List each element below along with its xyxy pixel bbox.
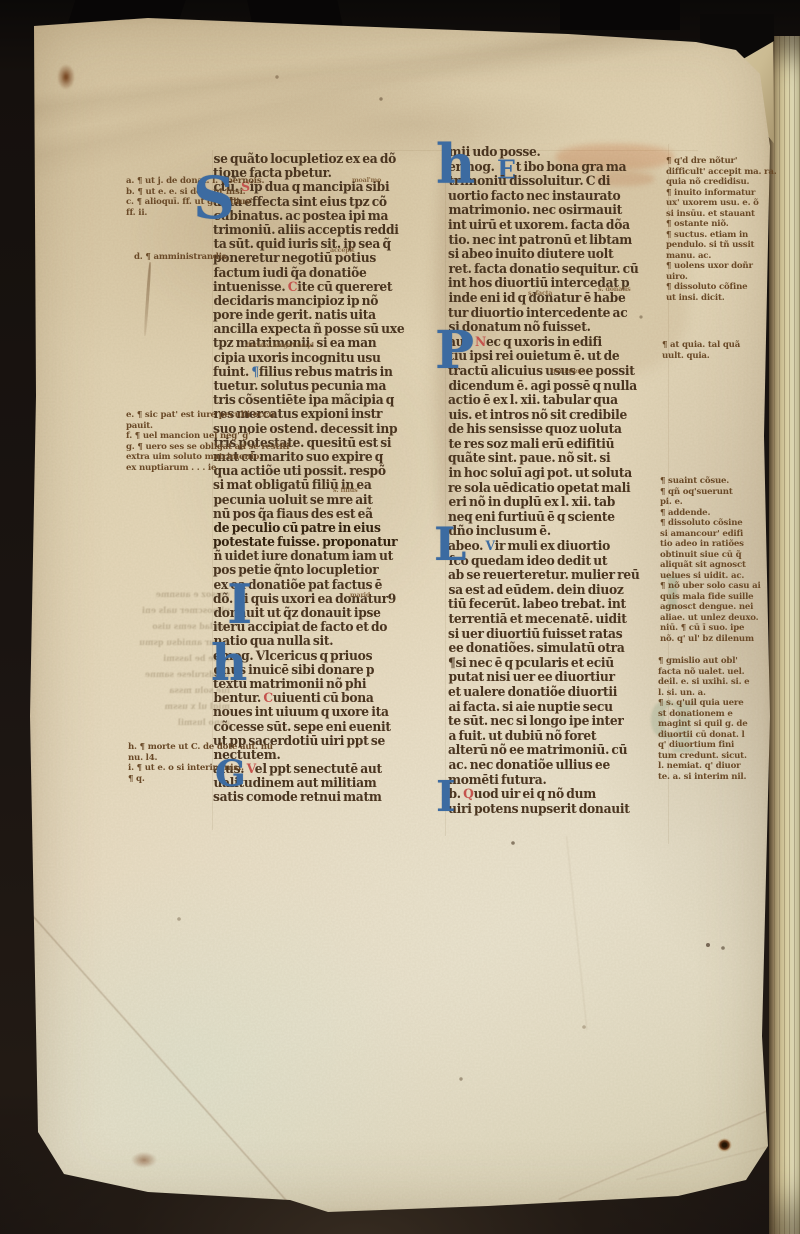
illuminated-initial-h: h <box>211 640 247 685</box>
page-content: umsoz e ausnmeul noscmer uals enium lad … <box>0 0 800 1234</box>
illuminated-initial-S: S <box>193 172 235 224</box>
illuminated-initial-P: P <box>435 328 474 375</box>
text-segment: noues int uiuum q uxore ita <box>213 704 389 719</box>
margin-note-line: aliae. ut unlez deuxo. <box>660 613 761 624</box>
margin-note-line: ex nuptiarum . . . ie <box>126 463 289 474</box>
margin-note-line: ¶ addende. <box>660 508 761 519</box>
colored-letter: de peculio cū patre in eius <box>214 520 381 535</box>
margin-note-line: obtinuit siue cū q̃ <box>660 550 761 561</box>
text-segment: momēti futura. <box>448 771 546 786</box>
margin-note-line: ¶ gmislio aut obl' <box>658 656 749 667</box>
margin-note-line: e. ¶ sic pat' est iure peculii occu <box>126 410 289 421</box>
text-line: et ualere donatiõe diuortii <box>448 685 674 700</box>
margin-note-line: d. ¶ amministrandis. <box>134 252 229 263</box>
interlinear-gloss: s. facta <box>528 289 552 297</box>
text-segment: factum iudi q̃a donatiõe <box>214 264 367 279</box>
margin-note-line: l. si. un. a. <box>658 688 749 699</box>
text-segment: ite cū quereret <box>297 278 392 293</box>
text-segment: t ibo bona gra ma <box>516 158 627 173</box>
colored-letter: Q <box>463 786 473 801</box>
left-margin-note-d: d. ¶ amministrandis. <box>134 252 229 263</box>
pen-flourish <box>143 262 151 336</box>
text-segment: ret. facta donatio sequitur. cū <box>449 261 639 276</box>
text-segment: i quis uxori ea donatur9 <box>244 591 396 606</box>
text-line: te sūt. nec si longo ipe inter <box>448 714 674 729</box>
margin-note-line: ut insi. dicit. <box>666 293 777 304</box>
colored-letter: N <box>475 333 486 348</box>
text-segment: ac. nec donatiõe ullius ee <box>449 757 610 772</box>
photograph-background: umsoz e ausnmeul noscmer uals enium lad … <box>0 0 800 1234</box>
illuminated-initial-I: I <box>227 580 252 629</box>
text-segment: ¶si nec ē q pcularis et eciū <box>448 655 614 670</box>
text-line: si mat obligatū filiū in ea <box>213 478 449 493</box>
text-segment: putat nisi uer ee diuortiur <box>449 669 615 684</box>
text-segment: intuenisse. <box>213 278 288 293</box>
margin-note-line: ¶ at quia. tal quã <box>662 340 740 351</box>
margin-note-line: uult. quia. <box>662 351 740 362</box>
text-line: inde eni id q donatur ē habe <box>449 291 675 306</box>
margin-note-line: si insūu. et stauant <box>666 209 777 220</box>
text-line: ee donatiões. simulatū otra <box>449 641 675 656</box>
illuminated-initial-h: h <box>436 140 475 189</box>
interlinear-gloss: moal'mo <box>352 176 381 184</box>
text-segment: cõcesse sūt. sepe eni euenit <box>214 718 391 733</box>
text-segment: int uirū et uxorem. facta dõa <box>448 217 630 232</box>
text-segment: uis. et intros nõ sit credibile <box>449 406 628 421</box>
margin-note-line: difficult' accepit ma. ra. <box>666 167 777 178</box>
text-line: actio ē ex l. xii. tabular qua <box>448 393 674 408</box>
text-segment: ab se reuerteretur. mulier reū <box>448 567 639 582</box>
text-segment: terrentiā et mecenatē. uidit <box>449 611 627 626</box>
text-line: pecunia uoluit se mre ait <box>214 492 450 507</box>
text-segment: fco quedam ideo dedit ut <box>449 552 608 567</box>
text-segment: actio ē ex l. xii. tabular qua <box>448 392 618 407</box>
text-line: ac. nec donatiõe ullius ee <box>449 758 675 773</box>
margin-note-line: q' diuortium fini <box>658 740 749 751</box>
text-line: satis comode retnui matm <box>213 790 449 805</box>
text-segment: te sūt. nec si longo ipe inter <box>448 713 624 728</box>
colored-letter: C <box>288 278 298 293</box>
text-segment: cipia uxoris incognitu usu <box>214 349 381 364</box>
text-segment: uod uir ei q nõ dum <box>474 786 596 801</box>
text-line: b. Quod uir ei q nõ dum <box>449 787 675 802</box>
margin-note-line: ¶ q'd dre nõtur' <box>666 156 777 167</box>
text-line: trimoniū dissoluitur. C di <box>449 174 675 189</box>
margin-note-line: ¶ ostante niõ. <box>666 219 777 230</box>
margin-note-line: nu. l4. <box>128 753 273 764</box>
text-segment: quãte sint. paue. nõ sit. si <box>448 450 610 465</box>
margin-note-line: pauit. <box>126 421 289 432</box>
text-segment: fuint. <box>213 364 251 379</box>
interlinear-gloss: s. donatis <box>598 285 631 293</box>
text-segment: ee donatiões. simulatū otra <box>449 640 625 655</box>
text-segment: tiū fecerūt. labeo trebat. int <box>448 596 626 611</box>
margin-note-line: aliquãt sit agnosct <box>660 560 761 571</box>
text-line: natio qua nulla sit. <box>214 634 450 649</box>
text-line: abeo. Vir muli ex diuortio <box>448 539 674 554</box>
interlinear-gloss: accepit <box>330 246 354 254</box>
text-line: cõcesse sūt. sepe eni euenit <box>214 719 450 734</box>
text-segment: neq eni furtiuū ē q sciente <box>448 509 615 524</box>
text-line: uiri potens nupserit donauit <box>448 801 674 816</box>
text-segment: alterū nõ ee matrimoniū. cū <box>448 742 627 757</box>
margin-note-line: deil. e. si uxihi. si. e <box>658 677 749 688</box>
text-segment: decidaris mancipioz ip nõ <box>214 293 379 308</box>
margin-note-line: ¶ dissoluto cõfine <box>666 282 777 293</box>
text-segment: in hoc soluī agi pot. ut soluta <box>449 465 632 480</box>
margin-note-line: st donationem e <box>658 709 749 720</box>
interlinear-gloss: decidat aiuguf neqd <box>246 341 314 349</box>
right-margin-notes-top: ¶ q'd dre nõtur'difficult' accepit ma. r… <box>666 156 777 303</box>
text-segment: tractū alicuius usus ee possit <box>448 363 635 378</box>
margin-note-line: facta nõ ualet. uel. <box>658 667 749 678</box>
margin-note-line: ¶ nõ uber solo casu ai <box>660 581 761 592</box>
margin-note-line: magint si quil g. de <box>658 719 749 730</box>
margin-note-line: tio adeo in ratiões <box>660 539 761 550</box>
margin-note-line: ¶ q. <box>128 774 273 785</box>
margin-note-line: f. ¶ uel mancion uel neg' g' <box>126 431 289 442</box>
illuminated-initial-I: I <box>436 778 456 816</box>
margin-note-line: uiro. <box>666 272 777 283</box>
right-margin-notes-lower-middle: ¶ suaint cõsue.¶ qñ oq'sueruntpi. e.¶ ad… <box>660 476 761 644</box>
text-line: si abeo inuito diutere uolt <box>448 247 674 262</box>
margin-note-line: te. a. si interim nil. <box>658 772 749 783</box>
margin-note-line: ¶ dissoluto cõsine <box>660 518 761 529</box>
left-margin-notes-middle: e. ¶ sic pat' est iure peculii occupauit… <box>126 410 289 473</box>
margin-note-line: agnosct dengue. nei <box>660 602 761 613</box>
text-segment: si uer diuortiū fuisset ratas <box>448 625 622 640</box>
text-line: noues int uiuum q uxore ita <box>213 705 449 720</box>
text-line: int uirū et uxorem. facta dõa <box>448 218 674 233</box>
text-segment: a fuit. ut dubiū nõ foret <box>449 728 597 743</box>
margin-note-line: i. ¶ ut e. o si interim nisl. <box>128 763 273 774</box>
margin-note-line: pi. e. <box>660 497 761 508</box>
margin-note-line: ¶ uolens uxor doñr <box>666 261 777 272</box>
text-segment: tio. nec int patronū et libtam <box>449 231 632 246</box>
text-segment: ir muli ex diuortio <box>495 538 610 553</box>
text-line: factum iudi q̃a donatiõe <box>214 265 450 280</box>
margin-note-line: ¶ s. q'uil quia uere <box>658 698 749 709</box>
right-margin-notes-upper-middle: ¶ at quia. tal quãuult. quia. <box>662 340 740 361</box>
left-margin-notes-bottom: h. ¶ morte ut C. de dote aut. nunu. l4.i… <box>128 742 273 784</box>
margin-note-line: quis mala fide suille <box>660 592 761 603</box>
colored-letter: ¶ <box>251 364 259 379</box>
margin-note-line: ¶ qñ oq'suerunt <box>660 487 761 498</box>
text-segment: re sola uēdicatio opetat mali <box>448 479 630 494</box>
margin-note-line: l. nemiat. q' diuor <box>658 761 749 772</box>
margin-note-line: ¶ suctus. etiam in <box>666 230 777 241</box>
text-segment: matrimonio. nec osirmauit <box>449 202 623 217</box>
margin-note-line: ¶ inuito informatur <box>666 188 777 199</box>
text-line: si donatum nõ fuisset. <box>449 320 675 335</box>
text-line: terrentiā et mecenatē. uidit <box>449 612 675 627</box>
illuminated-initial-L: L <box>434 524 466 565</box>
text-segment: tur diuortio intercedente ac <box>448 304 627 319</box>
text-segment: ai facta. si aie nuptie secu <box>449 698 613 713</box>
margin-note-line: si amancour' edifi <box>660 529 761 540</box>
main-text-column-right: mii udo posse.ermog. Et ibo bona gra mat… <box>448 145 674 816</box>
text-segment: dicendum ē. agi possē q nulla <box>449 377 637 392</box>
text-segment: tiū ipsi rei ouietum ē. ut de <box>449 348 620 363</box>
margin-note-line: diuortii cū donat. l <box>658 730 749 741</box>
text-segment: ec q uxoris in edifi <box>486 333 602 348</box>
margin-note-line: tum credunt. sicut. <box>658 751 749 762</box>
text-segment: de his sensisse quoz uoluta <box>448 421 622 436</box>
text-segment: nū pos q̃a fiaus des est eã <box>213 505 373 520</box>
text-line: mii udo posse. <box>449 145 675 160</box>
margin-note-line: pendulo. si tñ ussit <box>666 240 777 251</box>
text-segment: eri nõ in duplū ex l. xii. tab <box>449 494 616 509</box>
text-segment: si abeo inuito diutere uolt <box>448 246 613 261</box>
text-line: in hoc soluī agi pot. ut soluta <box>449 466 675 481</box>
colored-letter: V <box>486 538 495 553</box>
margin-note-line: uelues si uidit. ac. <box>660 571 761 582</box>
interlinear-gloss: s. filius <box>333 486 358 494</box>
text-segment: uiri potens nupserit donauit <box>448 800 630 815</box>
margin-note-line: quia nõ credidisu. <box>666 177 777 188</box>
text-segment: te res soz mali erū edifitiū <box>449 436 615 451</box>
margin-note-line: g. ¶ uero ses se obligat ad se restiti <box>126 442 289 453</box>
margin-note-line: niū. ¶ cū ī suo. ipe <box>660 623 761 634</box>
margin-note-line: h. ¶ morte ut C. de dote aut. nu <box>128 742 273 753</box>
text-segment: et ualere donatiõe diuortii <box>448 684 617 699</box>
text-segment: sa est ad eūdem. dein diuoz <box>449 582 624 597</box>
margin-note-line: ux' uxorem usu. e. õ <box>666 198 777 209</box>
text-segment: filius rebus matris in <box>259 364 393 379</box>
margin-note-line: manu. ac. <box>666 251 777 262</box>
right-margin-notes-bottom: ¶ gmislio aut obl'facta nõ ualet. uel.de… <box>658 656 749 782</box>
interlinear-gloss: beruatens <box>551 367 585 375</box>
margin-note-line: ¶ suaint cõsue. <box>660 476 761 487</box>
margin-note-line: extra uim soluto matrimonio. <box>126 452 289 463</box>
interlinear-gloss: marid <box>350 591 370 599</box>
illuminated-initial-G: G <box>215 758 246 790</box>
margin-note-line: nõ. q' ul' bz dilenum <box>660 634 761 645</box>
